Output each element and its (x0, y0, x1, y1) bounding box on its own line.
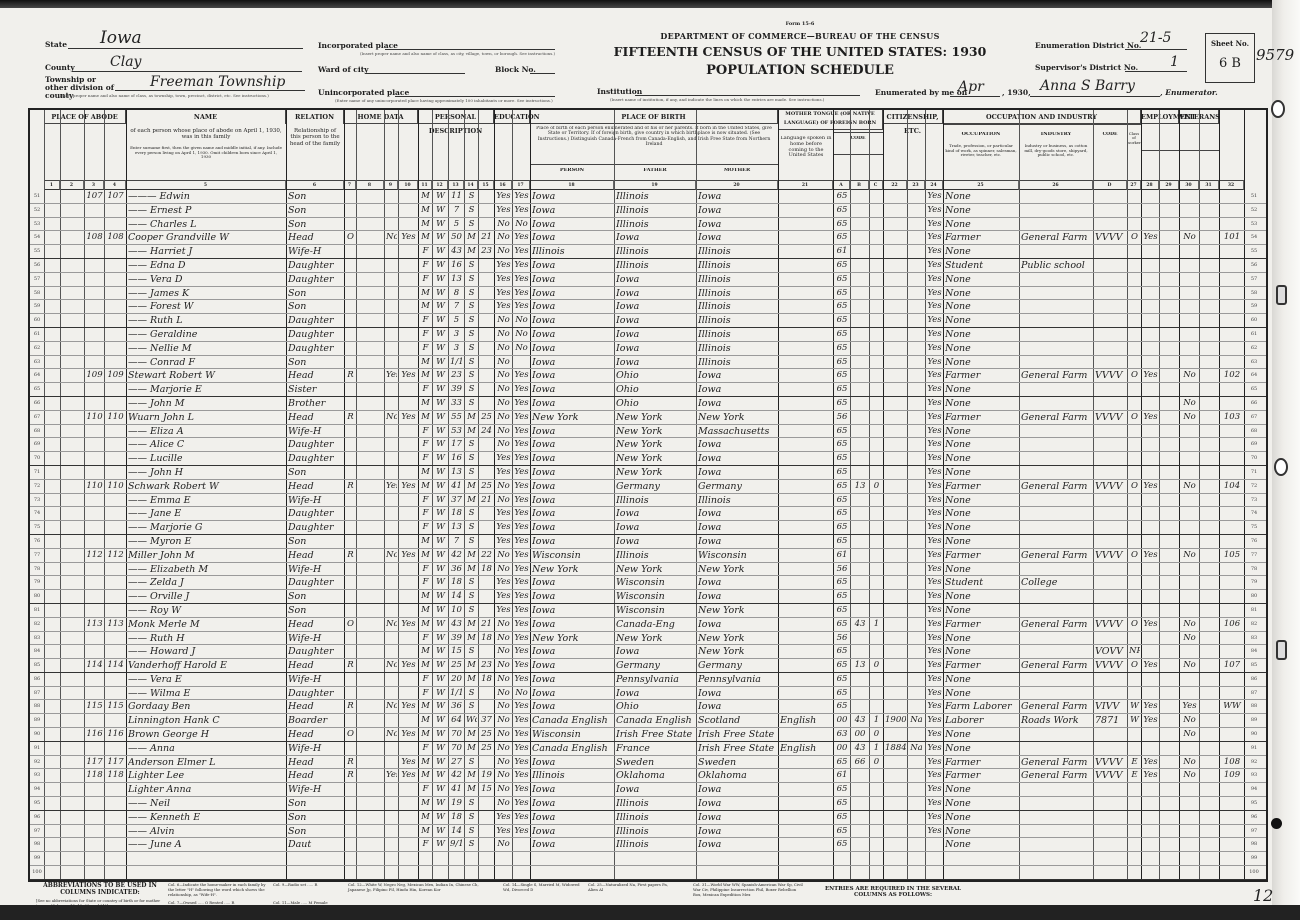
cell-codeA: 65 (835, 700, 849, 713)
cell-occupation: Laborer (945, 714, 1018, 727)
col14-abbrev: Col. 14—Single S, Married M, Widowed Wd,… (503, 882, 583, 892)
cell-codeA: 65 (835, 618, 849, 631)
cell-father: Iowa (616, 342, 695, 355)
cell-pob: Iowa (532, 425, 613, 438)
cell-radio: Yes (386, 480, 397, 493)
cell-age: 23 (450, 369, 463, 382)
cell-english: Yes (927, 700, 942, 713)
table-row: 6363—— Conrad FSonMW1/12SNoIowaIowaIllin… (30, 356, 1266, 370)
cell-relation: Daughter (288, 687, 343, 700)
cell-family: 118 (106, 769, 125, 782)
cell-occupation: None (945, 273, 1018, 286)
cell-occupation: None (945, 563, 1018, 576)
cell-race: W (434, 659, 447, 672)
cell-vet: Yes (1181, 700, 1198, 713)
cell-farm-sch (1221, 190, 1243, 203)
cell-school: No (496, 328, 511, 341)
cell-english: Yes (927, 756, 942, 769)
cell-codeA: 65 (835, 342, 849, 355)
cell-race: W (434, 356, 447, 369)
cell-age: 42 (450, 769, 463, 782)
cell-read: Yes (514, 438, 529, 451)
cell-radio: No (386, 728, 397, 741)
table-row: 7575—— Marjorie GDaughterFW13SYesYesIowa… (30, 521, 1266, 535)
line-number-right: 64 (1244, 369, 1264, 382)
cell-race: W (434, 190, 447, 203)
table-row: 6060—— Ruth LDaughterFW5SNoNoIowaIowaIll… (30, 314, 1266, 328)
cell-english: Yes (927, 356, 942, 369)
cell-codeA: 65 (835, 397, 849, 410)
cell-age: 33 (450, 397, 463, 410)
cell-mother: Iowa (698, 576, 777, 589)
cell-age: 36 (450, 700, 463, 713)
cell-occupation: Farmer (945, 756, 1018, 769)
cell-marital: S (466, 466, 477, 479)
cell-age: 3 (450, 328, 463, 341)
township-value: Freeman Township (150, 74, 285, 90)
cell-codeA: 65 (835, 356, 849, 369)
cell-occupation: Student (945, 576, 1018, 589)
cell-dwelling: 118 (86, 769, 103, 782)
cell-relation: Daughter (288, 521, 343, 534)
cell-codeA: 65 (835, 783, 849, 796)
cell-mother: Pennsylvania (698, 673, 777, 686)
cell-radio: No (386, 411, 397, 424)
cell-age: 3 (450, 342, 463, 355)
cell-school: Yes (496, 604, 511, 617)
cell-sex: F (420, 273, 431, 286)
census-sheet: State Iowa County Clay Township or other… (0, 8, 1272, 908)
cell-race: W (434, 728, 447, 741)
cell-farm-sch: 105 (1221, 549, 1243, 562)
cell-age-marr: 23 (480, 245, 493, 258)
cell-house (62, 190, 83, 203)
cell-relation: Son (288, 604, 343, 617)
cell-occupation: Student (945, 259, 1018, 272)
cell-father: Iowa (616, 314, 695, 327)
cell-codeA: 65 (835, 300, 849, 313)
cell-tenure: R (346, 659, 355, 672)
cell-dwelling: 110 (86, 411, 103, 424)
table-row: 6666—— John MBrotherMW33SNoYesIowaOhioIo… (30, 397, 1266, 411)
cell-english: Yes (927, 287, 942, 300)
cell-vet: No (1181, 769, 1198, 782)
cell-radio: No (386, 231, 397, 244)
cell-age: 39 (450, 632, 463, 645)
cell-english: Yes (927, 466, 942, 479)
line-number: 83 (30, 632, 44, 645)
cell-dwelling: 116 (86, 728, 103, 741)
table-row: 9292117117Anderson Elmer LHeadRYesMW27SN… (30, 756, 1266, 770)
cell-sex: F (420, 521, 431, 534)
cell-school: No (496, 838, 511, 851)
cell-relation: Wife-H (288, 673, 343, 686)
cell-read: Yes (514, 645, 529, 658)
cell-pob: Illinois (532, 245, 613, 258)
cell-race: W (434, 204, 447, 217)
cell-age-marr: 18 (480, 632, 493, 645)
cell-pob: Iowa (532, 369, 613, 382)
table-row: 8888115115Gordaay BenHeadRNoYesMW36SNoYe… (30, 700, 1266, 714)
cell-farm-sch: 102 (1221, 369, 1243, 382)
cell-relation: Son (288, 825, 343, 838)
cell-read: Yes (514, 190, 529, 203)
line-number-right: 89 (1244, 714, 1264, 727)
cell-mother: Illinois (698, 342, 777, 355)
cell-sex: M (420, 535, 431, 548)
cell-sex: M (420, 811, 431, 824)
cell-pob: Iowa (532, 700, 613, 713)
table-row: 5555—— Harriet JWife-HFW43M23NoYesIllino… (30, 245, 1266, 259)
cell-family: 110 (106, 411, 125, 424)
cell-age: 18 (450, 576, 463, 589)
cell-read: Yes (514, 590, 529, 603)
cell-age: 19 (450, 797, 463, 810)
cell-father: Illinois (616, 245, 695, 258)
cell-codeA: 65 (835, 452, 849, 465)
cell-mother: Oklahoma (698, 769, 777, 782)
cell-farm-sch: 104 (1221, 480, 1243, 493)
cell-english: Yes (927, 687, 942, 700)
column-number: C (869, 180, 883, 190)
cell-sex: M (420, 618, 431, 631)
group-occupation-industry: OCCUPATION AND INDUSTRY (943, 110, 1141, 124)
table-row: 8989Linnington Hank CBoarderMW64Wd37NoYe… (30, 714, 1266, 728)
cell-pob: Canada English (532, 714, 613, 727)
cell-pob: Iowa (532, 259, 613, 272)
cell-name: Wuarn John L (128, 411, 285, 424)
cell-father: New York (616, 425, 695, 438)
cell-english: Yes (927, 563, 942, 576)
cell-sex: M (420, 356, 431, 369)
line-number-right: 72 (1244, 480, 1264, 493)
cell-read: Yes (514, 825, 529, 838)
cell-name: ——— Edwin (128, 190, 285, 203)
table-row: 7474—— Jane EDaughterFW18SYesYesIowaIowa… (30, 507, 1266, 521)
cell-mother: Illinois (698, 328, 777, 341)
cell-occupation: Farmer (945, 369, 1018, 382)
cell-race: W (434, 314, 447, 327)
col31-abbrev: Col. 31—World War WW, Spanish-American W… (693, 882, 803, 897)
cell-school: No (496, 411, 511, 424)
ward-line (365, 73, 465, 74)
cell-father: Iowa (616, 507, 695, 520)
cell-name (128, 866, 285, 879)
cell-relation: Son (288, 287, 343, 300)
cell-english: Yes (927, 673, 942, 686)
cell-mother: New York (698, 411, 777, 424)
cell-name: —— Wilma E (128, 687, 285, 700)
cell-read: No (514, 218, 529, 231)
cell-sex: F (420, 314, 431, 327)
institution-line (635, 95, 860, 96)
tongue-code-header: CODE (833, 136, 883, 144)
cell-marital: S (466, 328, 477, 341)
cell-codeA: 65 (835, 218, 849, 231)
cell-codeB: 13 (852, 659, 868, 672)
cell-school: Yes (496, 259, 511, 272)
cell-relation (288, 866, 343, 879)
table-row: 5656—— Edna DDaughterFW16SYesYesIowaIlli… (30, 259, 1266, 273)
cell-marital: S (466, 507, 477, 520)
cell-pob: Iowa (532, 204, 613, 217)
cell-school: Yes (496, 287, 511, 300)
cell-english: Yes (927, 369, 942, 382)
cell-english: Yes (927, 521, 942, 534)
cell-relation: Daughter (288, 507, 343, 520)
cell-age: 50 (450, 231, 463, 244)
line-number-right: 55 (1244, 245, 1264, 258)
cell-name: —— Marjorie E (128, 383, 285, 396)
cell-class: NP (1129, 645, 1140, 658)
cell-read: Yes (514, 231, 529, 244)
cell-age: 7 (450, 300, 463, 313)
line-number-right: 99 (1244, 852, 1264, 865)
cell-pob: Iowa (532, 438, 613, 451)
cell-father: Ohio (616, 383, 695, 396)
cell-father: Iowa (616, 287, 695, 300)
cell-lang: English (780, 714, 832, 727)
table-row: 7272110110Schwark Robert WHeadRYesYesMW4… (30, 480, 1266, 494)
cell-farm: Yes (400, 728, 417, 741)
cell-sex: M (420, 549, 431, 562)
cell-occupation: None (945, 687, 1018, 700)
cell-school: No (496, 494, 511, 507)
cell-school: No (496, 549, 511, 562)
cell-name: —— Marjorie G (128, 521, 285, 534)
cell-race: W (434, 300, 447, 313)
cell-mother: Illinois (698, 245, 777, 258)
cell-relation: Head (288, 549, 343, 562)
cell-name (128, 852, 285, 865)
cell-sex: F (420, 838, 431, 851)
cell-occupation: None (945, 452, 1018, 465)
cell-age: 9/12 (450, 838, 463, 851)
cell-codeC: 1 (871, 742, 882, 755)
cell-age-marr: 19 (480, 769, 493, 782)
cell-read: No (514, 687, 529, 700)
cell-father: New York (616, 466, 695, 479)
cell-school: No (496, 314, 511, 327)
cell-sex: M (420, 466, 431, 479)
cell-sex: M (420, 204, 431, 217)
cell-occupation: Farmer (945, 659, 1018, 672)
cell-dwelling: 117 (86, 756, 103, 769)
county-value: Clay (110, 54, 141, 70)
column-number: 17 (512, 180, 530, 190)
line-number-right: 80 (1244, 590, 1264, 603)
cell-race: W (434, 783, 447, 796)
cell-employed: Yes (1143, 411, 1158, 424)
cell-industry: General Farm (1021, 369, 1092, 382)
cell-school: Yes (496, 825, 511, 838)
line-number: 93 (30, 769, 44, 782)
cell-age: 13 (450, 521, 463, 534)
table-row: 8282113113Monk Merle MHeadONoYesMW43M21N… (30, 618, 1266, 632)
cell-race: W (434, 535, 447, 548)
cell-name: —— June A (128, 838, 285, 851)
cell-tenure: R (346, 480, 355, 493)
cell-codeA: 65 (835, 204, 849, 217)
cell-age-marr: 21 (480, 231, 493, 244)
cell-school: Yes (496, 466, 511, 479)
cell-occupation: None (945, 425, 1018, 438)
cell-race: W (434, 494, 447, 507)
cell-school: No (496, 480, 511, 493)
cell-english: Yes (927, 714, 942, 727)
group-name: NAME (126, 110, 286, 124)
table-row: 8181—— Roy WSonMW10SYesYesIowaWisconsinN… (30, 604, 1266, 618)
cell-english: Yes (927, 314, 942, 327)
cell-marital: M (466, 549, 477, 562)
cell-read: Yes (514, 576, 529, 589)
cell-employed: Yes (1143, 769, 1158, 782)
cell-industry: General Farm (1021, 618, 1092, 631)
cell-codeC: 0 (871, 659, 882, 672)
cell-mother: Iowa (698, 825, 777, 838)
cell-industry: General Farm (1021, 769, 1092, 782)
line-number: 100 (30, 866, 44, 879)
column-number: 2 (60, 180, 84, 190)
cell-father: Canada-Eng (616, 618, 695, 631)
cell-name: —— James K (128, 287, 285, 300)
cell-father: Iowa (616, 535, 695, 548)
column-number: 30 (1179, 180, 1199, 190)
cell-race: W (434, 576, 447, 589)
cell-codeA: 65 (835, 383, 849, 396)
cell-sex: F (420, 259, 431, 272)
cell-school: No (496, 797, 511, 810)
column-number: 9 (384, 180, 398, 190)
cell-pob: Canada English (532, 742, 613, 755)
cell-read: Yes (514, 563, 529, 576)
cell-race: W (434, 811, 447, 824)
cell-father: New York (616, 452, 695, 465)
cell-school: No (496, 438, 511, 451)
cell-pob: Iowa (532, 687, 613, 700)
table-row: 9898—— June ADautFW9/12SNoIowaIllinoisIo… (30, 838, 1266, 852)
cell-read (514, 838, 529, 851)
cell-code: VVVV (1095, 411, 1126, 424)
cell-school: No (496, 425, 511, 438)
enumerated-year: , 1930, (1002, 88, 1031, 97)
cell-radio: No (386, 549, 397, 562)
cell-age: 7 (450, 535, 463, 548)
cell-class: O (1129, 411, 1140, 424)
cell-relation: Son (288, 811, 343, 824)
line-number: 85 (30, 659, 44, 672)
cell-father: Illinois (616, 494, 695, 507)
cell-read: Yes (514, 797, 529, 810)
line-number: 79 (30, 576, 44, 589)
header-separator (943, 124, 1141, 125)
cell-relation (288, 852, 343, 865)
table-body: 5151107107——— EdwinSonMW11SYesYesIowaIll… (30, 190, 1266, 880)
cell-read: Yes (514, 287, 529, 300)
cell-father: New York (616, 411, 695, 424)
cell-marital: S (466, 521, 477, 534)
cell-codeC: 0 (871, 756, 882, 769)
cell-age: 16 (450, 452, 463, 465)
cell-relation: Brother (288, 397, 343, 410)
group-relation: RELATION (286, 110, 344, 124)
cell-occupation: None (945, 645, 1018, 658)
cell-name: Cooper Grandville W (128, 231, 285, 244)
cell-cit-year: 1900 (885, 714, 906, 727)
cell-dwelling: 109 (86, 369, 103, 382)
cell-age-marr: 24 (480, 425, 493, 438)
cell-employed: Yes (1143, 549, 1158, 562)
cell-family: 113 (106, 618, 125, 631)
enumerator-name: Anna S Barry (1040, 78, 1135, 94)
line-number-right: 58 (1244, 287, 1264, 300)
cell-school: No (496, 783, 511, 796)
cell-age-marr: 18 (480, 673, 493, 686)
cell-relation: Sister (288, 383, 343, 396)
line-number: 99 (30, 852, 44, 865)
cell-name: —— Harriet J (128, 245, 285, 258)
line-number-right: 83 (1244, 632, 1264, 645)
line-number: 86 (30, 673, 44, 686)
cell-codeC: 0 (871, 480, 882, 493)
cell-sex: M (420, 604, 431, 617)
table-row: 5151107107——— EdwinSonMW11SYesYesIowaIll… (30, 190, 1266, 204)
cell-name: —— Vera D (128, 273, 285, 286)
cell-father: New York (616, 563, 695, 576)
line-number: 80 (30, 590, 44, 603)
cell-race: W (434, 507, 447, 520)
incorporated-note: (Insert proper name and also name of cla… (360, 51, 560, 56)
cell-age: 1/12 (450, 356, 463, 369)
cell-pob: Iowa (532, 287, 613, 300)
cell-mother: Illinois (698, 356, 777, 369)
cell-occupation: Farmer (945, 618, 1018, 631)
cell-codeA: 56 (835, 632, 849, 645)
column-number: A (833, 180, 850, 190)
table-row: 7171—— John HSonMW13SYesYesIowaNew YorkI… (30, 466, 1266, 480)
cell-age: 5 (450, 218, 463, 231)
cell-code: VVVV (1095, 231, 1126, 244)
cell-tenure: O (346, 618, 355, 631)
cell-sex: M (420, 756, 431, 769)
cell-class: O (1129, 369, 1140, 382)
cell-sex: F (420, 742, 431, 755)
cell-pob: Wisconsin (532, 728, 613, 741)
cell-code (1095, 190, 1126, 203)
cell-codeA: 65 (835, 314, 849, 327)
cell-read: No (514, 328, 529, 341)
line-number: 54 (30, 231, 44, 244)
binder-clip (1276, 640, 1287, 660)
cell-relation: Head (288, 411, 343, 424)
cell-codeA: 65 (835, 756, 849, 769)
line-number: 75 (30, 521, 44, 534)
line-number-right: 94 (1244, 783, 1264, 796)
line-number: 68 (30, 425, 44, 438)
cell-age: 18 (450, 811, 463, 824)
cell-age: 42 (450, 549, 463, 562)
table-row: 9999 (30, 852, 1266, 866)
industry-desc: Industry or business, as cotton mill, dr… (1021, 144, 1091, 174)
table-row: 7373—— Emma EWife-HFW37M21NoYesIowaIllin… (30, 494, 1266, 508)
stamp-number: 9579 (1256, 46, 1294, 64)
cell-race: W (434, 700, 447, 713)
cell-cit-year: 1884 (885, 742, 906, 755)
cell-farm-sch: 103 (1221, 411, 1243, 424)
line-number-right: 53 (1244, 218, 1264, 231)
cell-occupation: None (945, 535, 1018, 548)
cell-race: W (434, 687, 447, 700)
